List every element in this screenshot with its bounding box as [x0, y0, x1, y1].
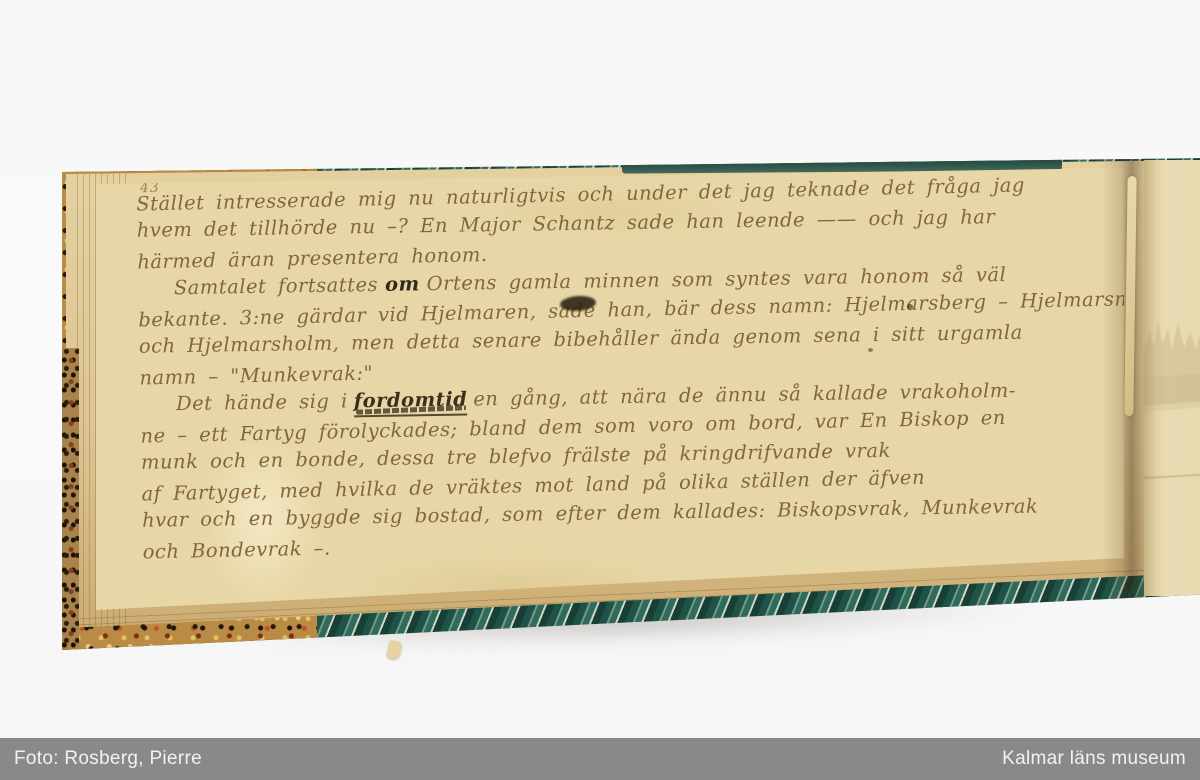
ink-dot	[868, 348, 873, 352]
handwritten-text: Stället intresserade mig nu naturligtvis…	[136, 170, 1131, 565]
worn-cover-edge	[62, 348, 79, 658]
manuscript-text: Samtalet fortsattes	[174, 273, 379, 299]
manuscript-insertion-fordomtid: fordomtid	[354, 385, 468, 418]
torn-paper-tab	[386, 640, 403, 661]
ink-dot	[907, 304, 913, 309]
museum-name: Kalmar läns museum	[1002, 748, 1186, 770]
notebook: 43 Stället intresserade mig nu naturligt…	[62, 158, 1200, 658]
caption-bar: Foto: Rosberg, Pierre Kalmar läns museum	[0, 738, 1200, 780]
photo-credit: Foto: Rosberg, Pierre	[14, 748, 202, 770]
manuscript-correction-om: om	[385, 272, 420, 296]
manuscript-text: Det hände sig i	[176, 389, 348, 415]
museum-photo: 43 Stället intresserade mig nu naturligt…	[0, 0, 1200, 780]
